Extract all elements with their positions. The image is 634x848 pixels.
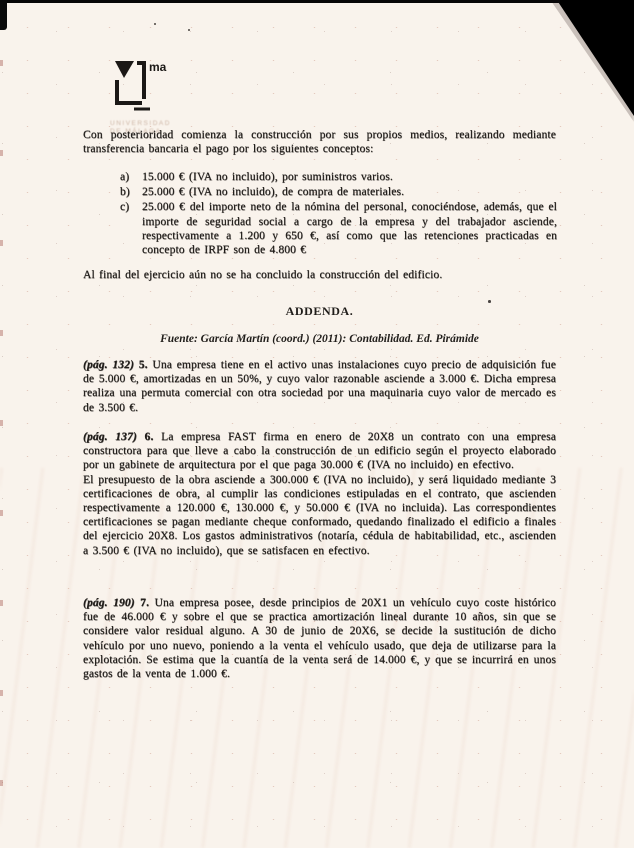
list-marker: b) (120, 185, 142, 199)
scanned-page: ma UNIVERSIDAD DE MÁLAGA Con posteriorid… (0, 0, 634, 848)
scan-left-edge-artifact (0, 60, 3, 800)
ink-dot (154, 23, 156, 25)
source-line: Fuente: García Martín (coord.) (2011): C… (83, 333, 556, 345)
list-text: 25.000 € del importe neto de la nómina d… (142, 200, 557, 257)
list-item: c) 25.000 € del importe neto de la nómin… (120, 200, 557, 257)
addenda-heading: ADDENDA. (83, 304, 556, 319)
logo-u-mark: ma (106, 58, 180, 116)
exercise-5: (pág. 132) 5. Una empresa tiene en el ac… (83, 358, 556, 415)
list-item: a) 15.000 € (IVA no incluido), por sumin… (120, 170, 557, 184)
list-marker: c) (120, 200, 142, 257)
exercise-number: 7. (140, 597, 149, 609)
ink-dot (488, 300, 491, 303)
exercise-6: (pág. 137) 6. La empresa FAST firma en e… (83, 430, 556, 558)
payment-list: a) 15.000 € (IVA no incluido), por sumin… (120, 170, 557, 258)
exercise-number: 6. (145, 431, 154, 443)
list-marker: a) (120, 170, 142, 184)
exercise-page-ref: (pág. 132) (83, 359, 134, 371)
scan-left-corner-artifact (0, 0, 7, 30)
exercise-text: La empresa FAST firma en enero de 20X8 u… (83, 431, 556, 471)
list-text: 15.000 € (IVA no incluido), por suminist… (142, 170, 557, 184)
logo-sup-text: ma (149, 60, 167, 74)
closing-paragraph: Al final del ejercicio aún no se ha conc… (83, 268, 556, 282)
uma-logo: ma UNIVERSIDAD DE MÁLAGA (106, 58, 226, 136)
exercise-text: Una empresa tiene en el activo unas inst… (83, 359, 556, 414)
scan-top-edge-artifact (0, 0, 560, 3)
exercise-6-continuation: El presupuesto de la obra asciende a 300… (83, 473, 556, 558)
exercise-text: Una empresa posee, desde principios de 2… (83, 597, 556, 680)
exercise-page-ref: (pág. 137) (83, 431, 137, 443)
exercise-number: 5. (139, 359, 148, 371)
list-text: 25.000 € (IVA no incluido), de compra de… (142, 185, 557, 199)
exercise-page-ref: (pág. 190) (83, 597, 135, 609)
intro-paragraph: Con posterioridad comienza la construcci… (83, 128, 556, 156)
ink-dot (188, 29, 190, 31)
exercise-7: (pág. 190) 7. Una empresa posee, desde p… (83, 596, 556, 681)
list-item: b) 25.000 € (IVA no incluido), de compra… (120, 185, 557, 199)
